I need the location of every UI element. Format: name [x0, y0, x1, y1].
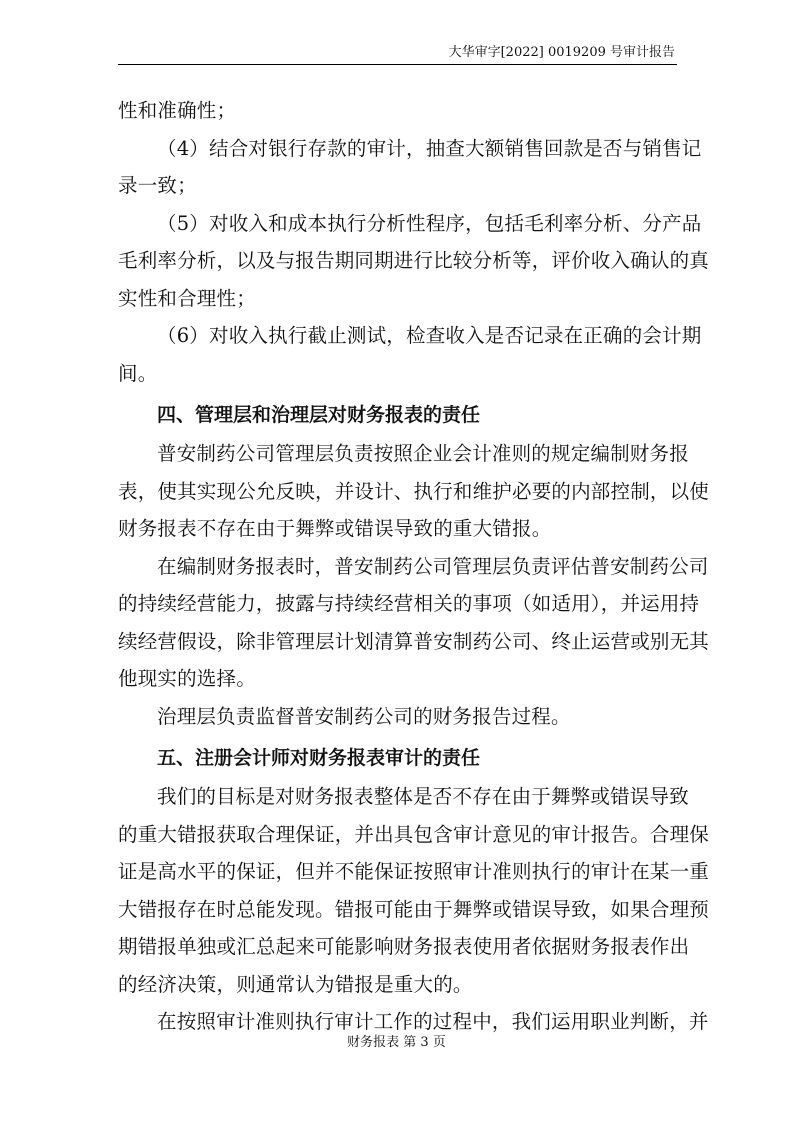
paragraph-start: 治理层负责监督普安制药公司的财务报告过程。 — [118, 698, 678, 736]
page-header: 大华审字[2022] 0019209 号审计报告 — [118, 44, 677, 65]
text-line: 的经济决策，则通常认为错报是重大的。 — [118, 966, 678, 1004]
text-line: 期错报单独或汇总起来可能影响财务报表使用者依据财务报表作出 — [118, 928, 678, 966]
page-number-label: 财务报表 第 3 页 — [347, 1035, 446, 1050]
report-number: 大华审字[2022] 0019209 号审计报告 — [449, 45, 677, 60]
list-item-6: （6）对收入执行截止测试，检查收入是否记录在正确的会计期 — [118, 317, 678, 355]
section-heading-management-responsibility: 四、管理层和治理层对财务报表的责任 — [118, 392, 678, 435]
text-line: 大错报存在时总能发现。错报可能由于舞弊或错误导致，如果合理预 — [118, 891, 678, 929]
text-line: 毛利率分析，以及与报告期同期进行比较分析等，评价收入确认的真 — [118, 242, 678, 280]
page-footer: 财务报表 第 3 页 — [0, 1034, 793, 1052]
text-line: 他现实的选择。 — [118, 660, 678, 698]
text-line: 的持续经营能力，披露与持续经营相关的事项（如适用），并运用持 — [118, 585, 678, 623]
text-line: 证是高水平的保证，但并不能保证按照审计准则执行的审计在某一重 — [118, 853, 678, 891]
document-body: 性和准确性； （4）结合对银行存款的审计，抽查大额销售回款是否与销售记 录一致；… — [118, 92, 678, 1041]
paragraph-start: 我们的目标是对财务报表整体是否不存在由于舞弊或错误导致 — [118, 778, 678, 816]
section-heading-auditor-responsibility: 五、注册会计师对财务报表审计的责任 — [118, 735, 678, 778]
list-item-5: （5）对收入和成本执行分析性程序，包括毛利率分析、分产品 — [118, 205, 678, 243]
text-line: 的重大错报获取合理保证，并出具包含审计意见的审计报告。合理保 — [118, 816, 678, 854]
text-line: 性和准确性； — [118, 92, 678, 130]
text-line: 表，使其实现公允反映，并设计、执行和维护必要的内部控制，以使 — [118, 473, 678, 511]
text-line: 实性和合理性； — [118, 280, 678, 318]
text-line: 录一致； — [118, 167, 678, 205]
paragraph-start: 普安制药公司管理层负责按照企业会计准则的规定编制财务报 — [118, 435, 678, 473]
text-line: 间。 — [118, 355, 678, 393]
text-line: 续经营假设，除非管理层计划清算普安制药公司、终止运营或别无其 — [118, 623, 678, 661]
list-item-4: （4）结合对银行存款的审计，抽查大额销售回款是否与销售记 — [118, 130, 678, 168]
text-line: 财务报表不存在由于舞弊或错误导致的重大错报。 — [118, 510, 678, 548]
paragraph-start: 在编制财务报表时，普安制药公司管理层负责评估普安制药公司 — [118, 548, 678, 586]
